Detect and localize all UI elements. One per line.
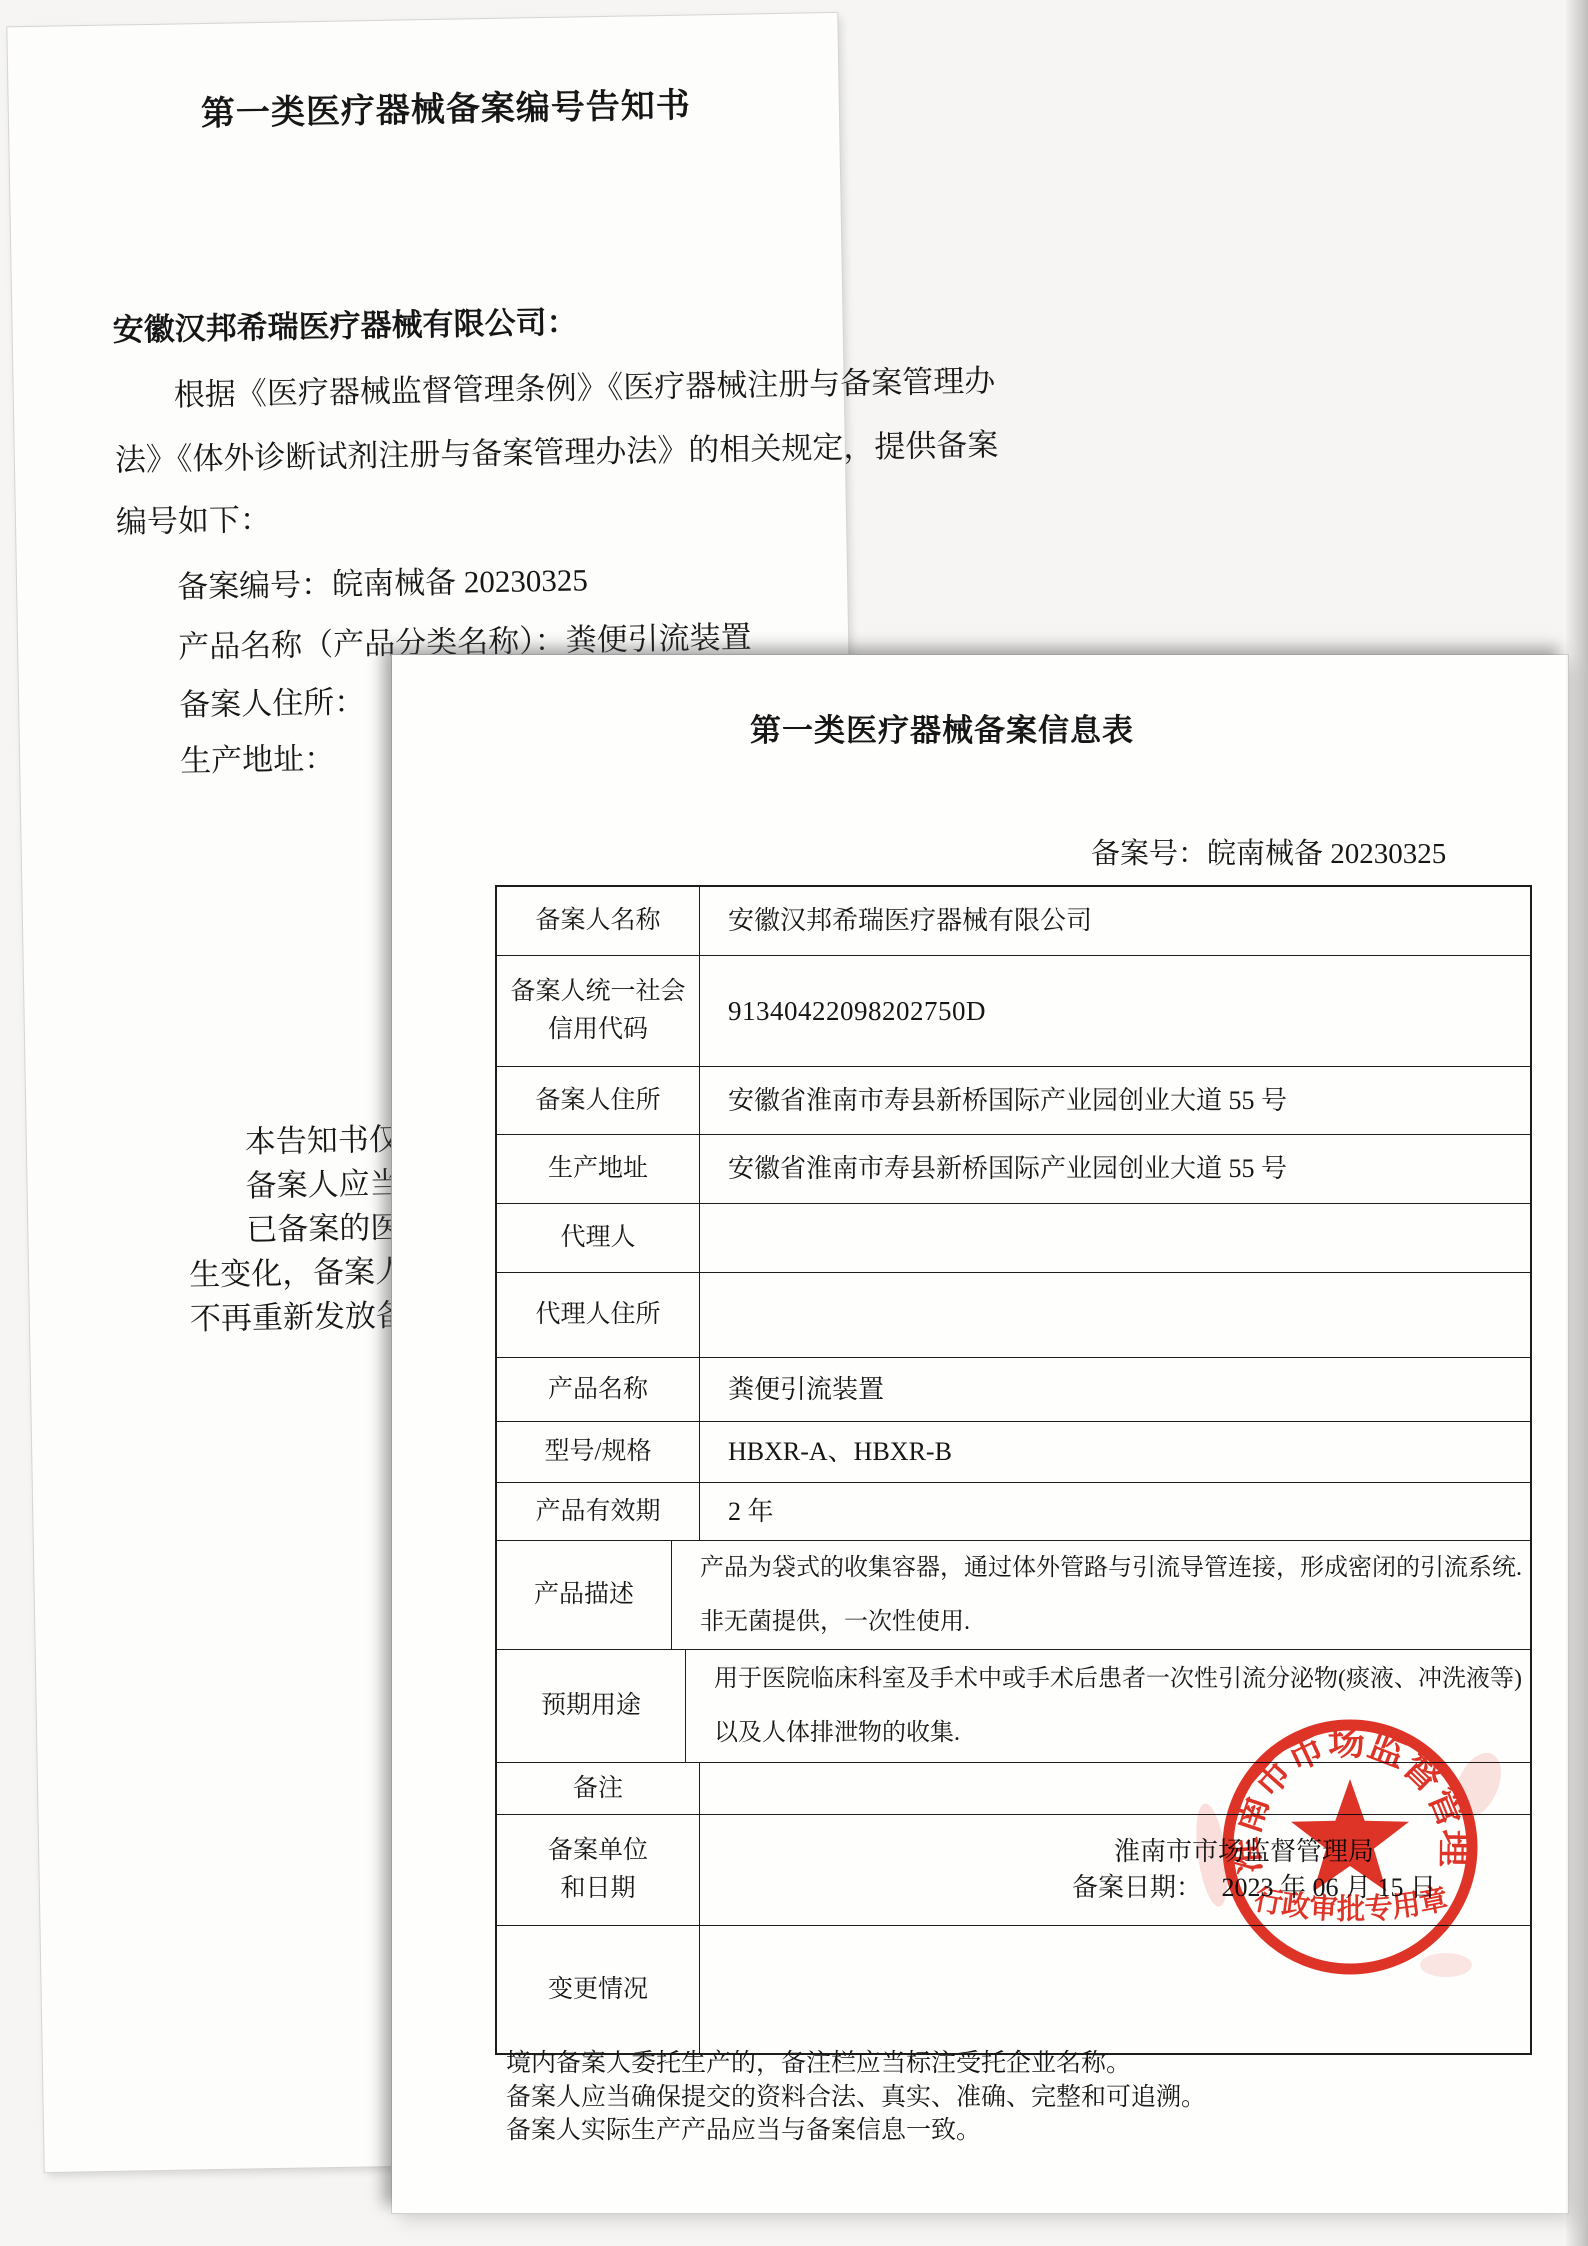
table-row-registrant-residence: 备案人住所 安徽省淮南市寿县新桥国际产业园创业大道 55 号 (497, 1066, 1530, 1134)
footnote-3: 备案人实际生产产品应当与备案信息一致。 (506, 2116, 981, 2146)
production-address-line: 生产地址： (180, 742, 336, 779)
paragraph-line-3: 编号如下： (116, 503, 272, 540)
stamp-smudge (1420, 1953, 1472, 1977)
footnote-2: 备案人应当确保提交的资料合法、真实、准确、完整和可追溯。 (506, 2083, 1206, 2113)
table-row-product-description: 产品描述 产品为袋式的收集容器，通过体外管路与引流导管连接，形成密闭的引流系统.… (497, 1540, 1530, 1649)
form-title: 第一类医疗器械备案信息表 (392, 705, 1492, 750)
document-scan: 第一类医疗器械备案编号告知书 安徽汉邦希瑞医疗器械有限公司： 根据《医疗器械监督… (0, 0, 1588, 2246)
residence-line: 备案人住所： (179, 685, 366, 722)
scan-edge (1566, 0, 1588, 2246)
record-number-line: 备案编号：皖南械备 20230325 (177, 563, 588, 604)
footnote-1: 境内备案人委托生产的，备注栏应当标注受托企业名称。 (506, 2049, 1131, 2079)
form-record-number: 备案号：皖南械备 20230325 (1091, 831, 1446, 872)
stamp-banner-text: 行政审批专用章 (1252, 1881, 1451, 1926)
company-line: 安徽汉邦希瑞医疗器械有限公司： (112, 306, 578, 348)
table-row-credit-code: 备案人统一社会信用代码 91340422098202750D (497, 955, 1530, 1066)
info-form-page: 第一类医疗器械备案信息表 备案号：皖南械备 20230325 备案人名称 安徽汉… (392, 655, 1568, 2213)
table-row-model-spec: 型号/规格 HBXR-A、HBXR-B (497, 1421, 1530, 1482)
paragraph-line-1: 根据《医疗器械监督管理条例》《医疗器械注册与备案管理办 (173, 364, 995, 412)
table-row-validity: 产品有效期 2 年 (497, 1482, 1530, 1540)
stamp-star (1291, 1779, 1409, 1891)
table-row-registrant-name: 备案人名称 安徽汉邦希瑞医疗器械有限公司 (497, 887, 1530, 955)
table-row-product-name: 产品名称 粪便引流装置 (497, 1357, 1530, 1421)
paragraph-line-2: 法》《体外诊断试剂注册与备案管理办法》的相关规定，提供备案 (115, 428, 999, 477)
table-row-production-address: 生产地址 安徽省淮南市寿县新桥国际产业园创业大道 55 号 (497, 1134, 1530, 1203)
table-row-agent: 代理人 (497, 1203, 1530, 1272)
official-stamp: 淮南市市场监督管理局 行政审批专用章 (1158, 1655, 1542, 2039)
table-row-agent-residence: 代理人住所 (497, 1272, 1530, 1357)
notice-title: 第一类医疗器械备案编号告知书 (30, 75, 861, 138)
